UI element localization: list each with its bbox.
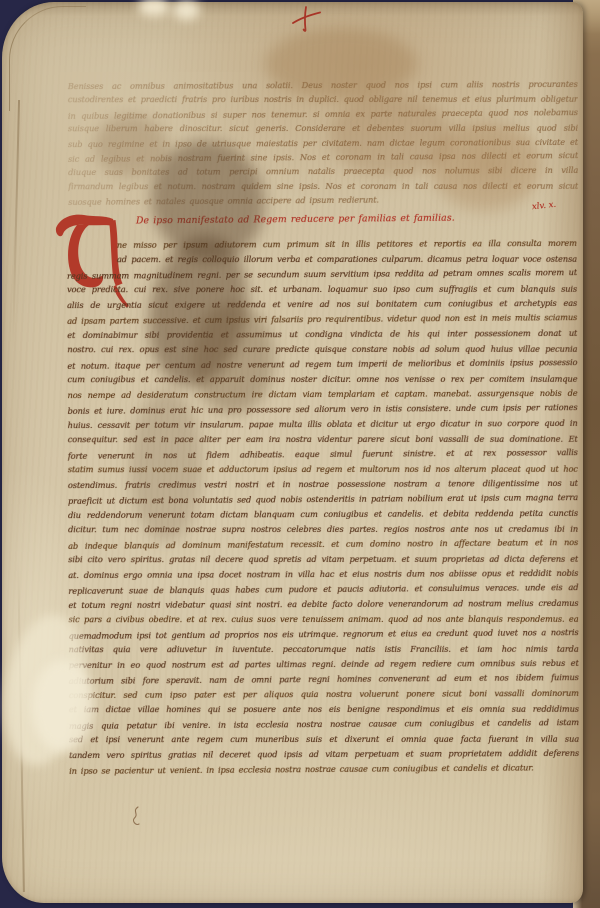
manuscript-text-line: sed et ipsi venerunt ante regem cum mune… bbox=[69, 732, 579, 747]
worn-patch bbox=[173, 0, 200, 20]
manuscript-text-line: cum coniugibus et candelis. et apparuit … bbox=[67, 372, 577, 387]
manuscript-text-line: diuque suas bonitates ad totum percipi o… bbox=[68, 163, 578, 180]
manuscript-text-line: huius. cessavit per totum vir insularum.… bbox=[68, 416, 578, 433]
upper-text-block: Benisses ac omnibus animositatibus una s… bbox=[68, 77, 579, 209]
worn-patch bbox=[138, 0, 170, 16]
parchment-page: Benisses ac omnibus animositatibus una s… bbox=[2, 2, 583, 903]
manuscript-text-line: suisque liberum habere dinoscitur. sicut… bbox=[68, 121, 578, 136]
manuscript-text-line: sibi cito vero spiritus. gratas nil dece… bbox=[68, 552, 578, 567]
rubric-heading: De ipso manifestato ad Regem reducere pe… bbox=[136, 212, 464, 228]
manuscript-photo: { "manuscript": { "rubric": "De ipso man… bbox=[0, 0, 600, 908]
manuscript-text-line: diu reddendorum venerunt totam dictam bl… bbox=[68, 506, 578, 523]
manuscript-text-line: nativitas quia vere adiuvetur in iuventu… bbox=[69, 642, 579, 657]
manuscript-text-line: statim sumus iussi vocem suae et adducto… bbox=[68, 462, 578, 477]
folio-number: xlv. x. bbox=[532, 200, 557, 212]
manuscript-text-line: et totum regni nostri videbatur quasi si… bbox=[68, 596, 578, 613]
fold-crease bbox=[17, 557, 25, 892]
manuscript-text-line: voce predicta. cui rex. sive ponere hoc … bbox=[67, 282, 577, 297]
manuscript-text-line: ne misso per ipsum adiutorem cum primum … bbox=[67, 236, 577, 253]
manuscript-text-line: suosque homines et natales quosque omnia… bbox=[68, 191, 578, 209]
manuscript-text-line: conspicitur. sed cum ipso pater est per … bbox=[69, 686, 579, 703]
fold-crease bbox=[12, 100, 20, 350]
manuscript-text-line: et dominabimur sibi providentia et assum… bbox=[67, 326, 577, 343]
pen-trial-mark-icon bbox=[128, 805, 144, 829]
cross-icon bbox=[289, 4, 323, 34]
main-text-block: ne misso per ipsum adiutorem cum primum … bbox=[67, 236, 579, 778]
manuscript-text-line: in ipso se pacientur ut venient. in ipsa… bbox=[69, 760, 579, 779]
